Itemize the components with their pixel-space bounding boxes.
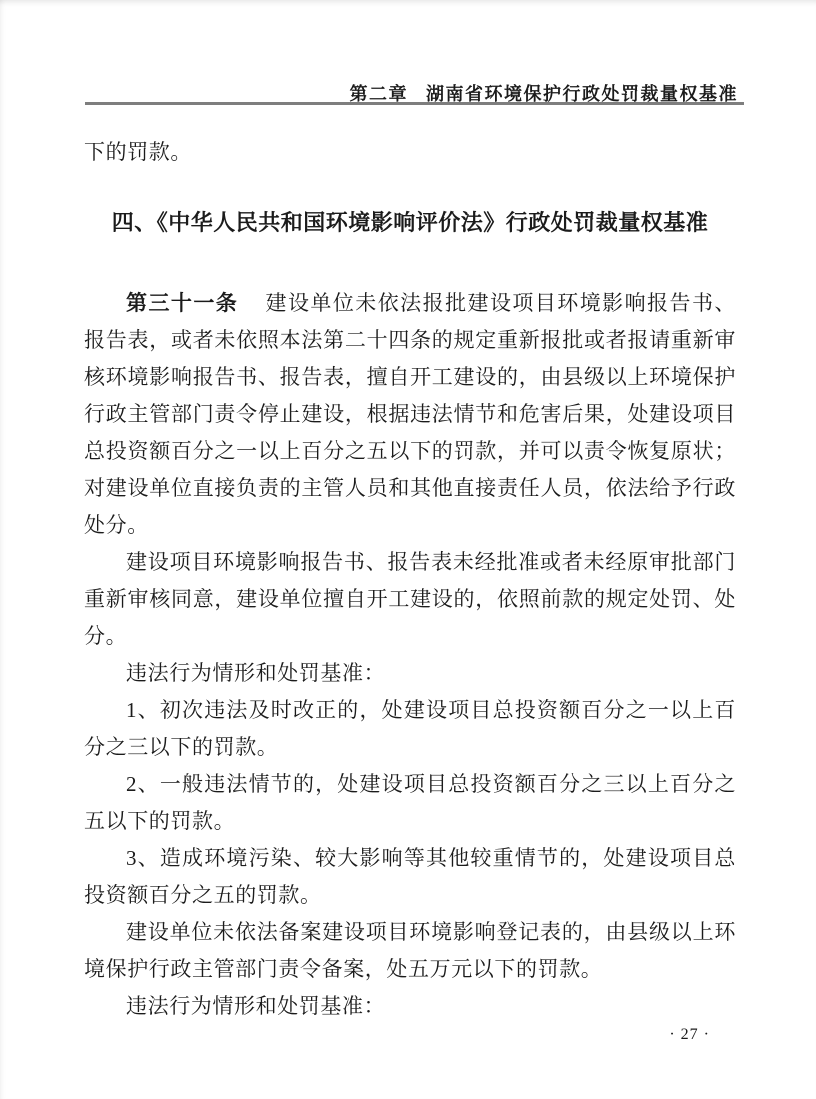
section-heading: 四、《中华人民共和国环境影响评价法》行政处罚裁量权基准	[84, 204, 736, 241]
page-number: · 27 ·	[669, 1026, 710, 1044]
paragraph-registration-form: 建设单位未依法备案建设项目环境影响登记表的，由县级以上环境保护行政主管部门责令备…	[84, 914, 736, 988]
paragraph-penalty-criteria-label: 违法行为情形和处罚基准：	[84, 655, 736, 692]
chapter-label: 第二章	[350, 84, 409, 104]
paragraph-penalty-criteria-label-2: 违法行为情形和处罚基准：	[84, 988, 736, 1025]
paragraph-item-2: 2、一般违法情节的，处建设项目总投资额百分之三以上百分之五以下的罚款。	[84, 766, 736, 840]
article-number-label: 第三十一条	[126, 292, 238, 315]
running-header-title: 湖南省环境保护行政处罚裁量权基准	[426, 84, 738, 104]
document-body: 下的罚款。 四、《中华人民共和国环境影响评价法》行政处罚裁量权基准 第三十一条建…	[84, 134, 736, 1025]
article-paragraph: 第三十一条建设单位未依法报批建设项目环境影响报告书、报告表，或者未依照本法第二十…	[84, 285, 736, 544]
paragraph-item-3: 3、造成环境污染、较大影响等其他较重情节的，处建设项目总投资额百分之五的罚款。	[84, 840, 736, 914]
paragraph-report-unapproved: 建设项目环境影响报告书、报告表未经批准或者未经原审批部门重新审核同意，建设单位擅…	[84, 544, 736, 655]
document-page: 第二章湖南省环境保护行政处罚裁量权基准 下的罚款。 四、《中华人民共和国环境影响…	[0, 0, 816, 1099]
header-divider-rule	[85, 102, 744, 105]
article-text: 建设单位未依法报批建设项目环境影响报告书、报告表，或者未依照本法第二十四条的规定…	[84, 291, 736, 537]
paragraph-item-1: 1、初次违法及时改正的，处建设项目总投资额百分之一以上百分之三以下的罚款。	[84, 692, 736, 766]
carryover-line: 下的罚款。	[84, 134, 736, 171]
